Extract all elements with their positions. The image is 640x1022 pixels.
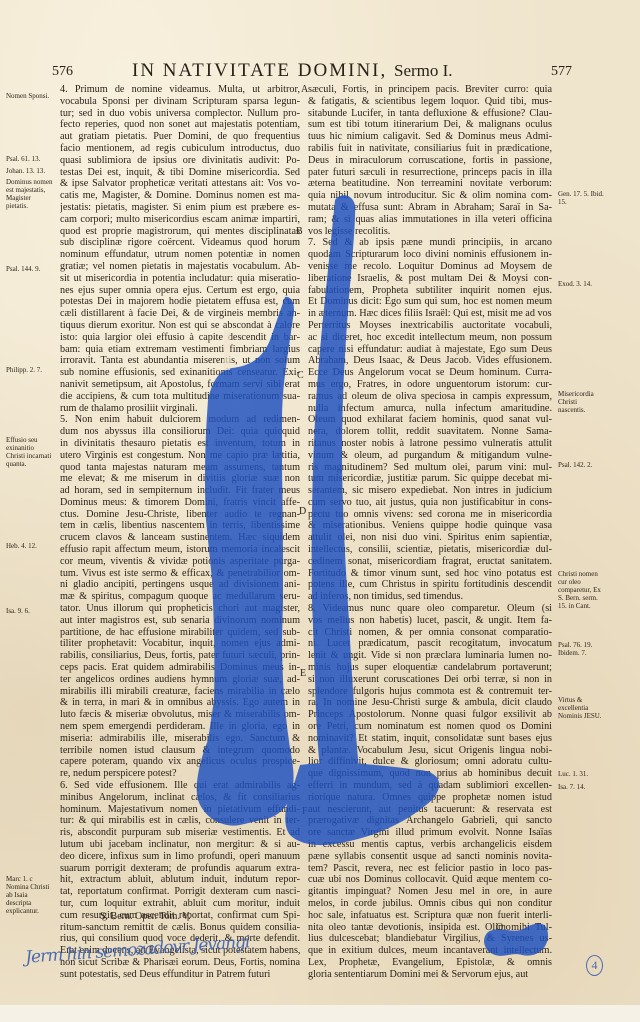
text-line: cæli distillarent à facie Dei, & de virg… [60, 308, 300, 320]
text-line: gloria sententiarum Domini mei & Servoru… [308, 969, 552, 981]
margin-note: Virtus & excellentia Nominis JESU. [558, 696, 606, 720]
text-line: nera, dolorem tollit, reddit suavitatem.… [308, 426, 552, 438]
text-line: in æternum. Hæc dices filiis Israël: Qui… [308, 308, 552, 320]
text-line: sum est tibi totum itinerarium Dei, & ma… [308, 119, 552, 131]
text-line: me elevat; & me miserum in divitiis glor… [60, 473, 300, 485]
text-line: ni. Lucet prædicatum, pascit recogitatum… [308, 638, 552, 650]
running-header: 576 IN NATIVITATE DOMINI, Sermo I. 577 [52, 60, 572, 82]
text-line: ra. In nomine Jesu-Christi surge & ambul… [308, 697, 552, 709]
text-line: sub disciplinæ rigore coërcent. Videamus… [60, 237, 300, 249]
text-line: & fatigatis, & scientibus legem loquor. … [308, 96, 552, 108]
text-line: nominum effundatur, utrum nomen potentiæ… [60, 249, 300, 261]
text-line: Deus in miraculorum corruscatione, forti… [308, 155, 552, 167]
text-line: hit, extractum abluit, ablutum induit, i… [60, 874, 300, 886]
text-line: que in exitium dulces, meum incantaveran… [308, 945, 552, 957]
text-line: mæ & spiritus, compagum quoque ac medull… [60, 591, 300, 603]
text-line: capere poteram, quando vix angelicus ocu… [60, 756, 300, 768]
text-line: prærogativæ dignitas Archangelo Gabrieli… [308, 815, 552, 827]
text-line: ter angelicos ordines audiens hymnum glo… [60, 674, 300, 686]
text-line: ramus ad oleum de oliva speciosa in camp… [308, 391, 552, 403]
margin-note: Psal. 144. 9. [6, 265, 54, 273]
text-line: cuæ ubi nos Dominus collocavit. Quid æqu… [308, 874, 552, 886]
text-line: bam: quia etiam extremam vestimenti fimb… [60, 344, 300, 356]
margin-note: Misericordia Christi nascentis. [558, 390, 606, 414]
text-line: aut gratiam pietatis. Puer Domini, de qu… [60, 131, 300, 143]
running-title: IN NATIVITATE DOMINI, Sermo I. [132, 60, 453, 82]
margin-note: Psal. 76. 19. Ibidem. 7. [558, 641, 606, 657]
text-line: lius dulcescebat; blandiebatur Virgilius… [308, 933, 552, 945]
text-line: ceps pacis. Erat quidem admirabilis Domi… [60, 662, 300, 674]
section-letter: A [301, 84, 308, 95]
text-line: tuus hic nimium caligavit. Sed & Dominus… [308, 131, 552, 143]
text-line: pater futuri sæculi in resurrectione, pr… [308, 167, 552, 179]
text-line: in excessu mentis captus, verbis archang… [308, 839, 552, 851]
text-line: cam corpori; multo misericordius escam a… [60, 214, 300, 226]
margin-note: Marc 1. c Nomina Christi ab Isaia descri… [6, 875, 54, 915]
text-line: cedinem sonat, misericordiam fragrat, er… [308, 556, 552, 568]
text-line: venisse me recolo. Loquitur Dominus ad M… [308, 261, 552, 273]
text-line: rabilis, consiliarius, Deus, fortis, pat… [60, 650, 300, 662]
text-line: nes ejus super omnia opera ejus. Certum … [60, 285, 300, 297]
text-line: hominum. Majestativum nomen in pietativu… [60, 804, 300, 816]
text-line: Lex, Prophetæ, Evangelium, Epistolæ, & o… [308, 957, 552, 969]
margin-note: Psal. 142. 2. [558, 461, 606, 469]
text-line: testas Dei est, inquit, & tibi Domine mi… [60, 167, 300, 179]
margin-note: Nomen Sponsi. [6, 92, 54, 100]
text-line: melos, in corde jubilus. Omnis cibus qui… [308, 898, 552, 910]
text-line: ctus. Domine Jesu-Christe, libenter audi… [60, 509, 300, 521]
text-line: nem spem emergendi perdideram. Ille in g… [60, 721, 300, 733]
text-line: mus ergo, Fratres, in odore unguentorum … [308, 379, 552, 391]
catchword: O o [496, 922, 511, 933]
text-line: ram; & si quas alias immutationes in ill… [308, 214, 552, 226]
text-line: tem in cælis, libentius nascentem in ter… [60, 520, 300, 532]
text-line: 7. Sed & ab ipsis pæne mundi principiis,… [308, 237, 552, 249]
text-line: ac si diceret, hoc excedit intellectum m… [308, 332, 552, 344]
text-line: nominavit? Et statim, inquit, consolidat… [308, 733, 552, 745]
text-line: ritum-sanctum remittit de cælis. Bonus q… [60, 922, 300, 934]
text-line: Et Dominus dicit: Ego sum qui sum, hoc e… [308, 296, 552, 308]
text-line: si non illuxerunt coruscationes Dei orbi… [308, 674, 552, 686]
text-line: liberatione Israelis, & post multam Dei … [308, 273, 552, 285]
text-line: ni gladio ancipiti, pertingens usque ad … [60, 579, 300, 591]
text-line: jestatis: pietatis, magister. Si enim pi… [60, 202, 300, 214]
text-line: sub nomine effusionis, sed exinanitionis… [60, 367, 300, 379]
text-line: tum misericordiæ, justitiæ parum. Sic qu… [308, 473, 552, 485]
text-line: pectu tuo omnis vivens: sed corona me in… [308, 509, 552, 521]
margin-note: Effusio seu exinanitio Christi incarnati… [6, 436, 54, 468]
text-line: & miserationibus. Veniens quippe hodie q… [308, 520, 552, 532]
text-line: pæne syllabis consentit usque ad sancti … [308, 851, 552, 863]
text-line: intellectus, consilii, scientiæ, pietati… [308, 544, 552, 556]
text-line: sit ut misericordia in potentia includat… [60, 273, 300, 285]
text-line: fabulationem, Propheta subtiliter inquir… [308, 285, 552, 297]
text-line: Dominus meus: & timorem Domini, fratris … [60, 497, 300, 509]
margin-note: Psal. 61. 13. [6, 155, 54, 163]
text-line: fecto reperies, quod non sonet aut majes… [60, 119, 300, 131]
section-letter: B [296, 226, 303, 237]
left-text-column: 4. Primum de nomine videamus. Multa, ut … [60, 84, 300, 981]
text-line: rum de thalamo prosiliit virginali. [60, 403, 300, 415]
text-line: attulit olei, non nisi duo vini. Spiritu… [308, 532, 552, 544]
text-line: facio mentionem, ad regis cubiculum intr… [60, 143, 300, 155]
text-line: vos melius non habetis) lucet, pascit, &… [308, 615, 552, 627]
text-line: splendore fulgoris hujus commota est & c… [308, 686, 552, 698]
text-line: tur, cum loquitur extrahit, abluit cum m… [60, 898, 300, 910]
text-line: miseria: admirabilis ille, miserabilis e… [60, 733, 300, 745]
text-line: riorique natura. Omnes quippe prophetæ n… [308, 792, 552, 804]
text-line: sitabunde Lucifer, in tanta defluxione &… [308, 108, 552, 120]
margin-note: Dominus nomen est majestatis, Magister p… [6, 178, 54, 210]
text-line: utero Virginis est congestum. Non me cap… [60, 450, 300, 462]
margin-note: Isa. 9. 6. [6, 607, 54, 615]
margin-note: Gen. 17. 5. Ibid. 15. [558, 190, 606, 206]
text-line: efferri in mundum, sed à quadam sublimio… [308, 780, 552, 792]
text-line: quod est proprie magistrorum, qui mentes… [60, 226, 300, 238]
section-letter: D [299, 506, 306, 517]
text-line: terribile nomen istud clausum & integrum… [60, 745, 300, 757]
sermo-label: Sermo I. [394, 61, 453, 80]
text-line: 4. Primum de nomine videamus. Multa, ut … [60, 84, 300, 96]
text-line: tem? Pascit, revera, nec est felicior pa… [308, 863, 552, 875]
section-letter: E [300, 668, 306, 679]
text-line: minis hujus super eloquentiæ candelabrum… [308, 662, 552, 674]
margin-note: Isa. 7. 14. [558, 783, 606, 791]
text-line: tiquus dierum exoritur. Non est qui se a… [60, 320, 300, 332]
text-line: irroravit. Tanta est abundantia miserent… [60, 355, 300, 367]
text-line: sunt potestatis, sed Deus effunditur in … [60, 969, 300, 981]
text-line: Abraham, Deus Isaac, & Deus Jacob. Vides… [308, 355, 552, 367]
margin-note: Philipp. 2. 7. [6, 366, 54, 374]
text-line: ris, abscondit purpuram sub miseriæ vest… [60, 827, 300, 839]
text-line: gratiæ; vel nomen pietatis in majestatis… [60, 261, 300, 273]
text-line: & in terra, in mari & in omnibus abyssis… [60, 697, 300, 709]
text-line: potens ille, cum Christus in spiritu for… [308, 579, 552, 591]
text-line: tur; sed in duo vobis universa complecto… [60, 108, 300, 120]
section-letter: F [302, 806, 308, 817]
text-line: 6. Sed vide effusionem. Ille qui erat ad… [60, 780, 300, 792]
circled-page-number: 4 [586, 955, 603, 976]
text-line: ris magnitudinem? Sed multum olei, parum… [308, 462, 552, 474]
text-line: vinum & oleum, ad purgandum & mitigandum… [308, 450, 552, 462]
text-line: cit Christi nomen, & per omnia consonat … [308, 627, 552, 639]
text-line: effusio rapit affectum meum, istorum mem… [60, 544, 300, 556]
text-line: catis me, Magister, & Domine. Dominus no… [60, 190, 300, 202]
text-line: aut inter magistros est, sub senaria div… [60, 615, 300, 627]
text-line: serantem, sic misero expediebat. Non int… [308, 485, 552, 497]
signature-mark: S. Bern. Oper. Tom. V. [100, 911, 191, 922]
text-line: re, nedum perspicere potest? [60, 768, 300, 780]
text-line: aut nescierunt, aut penitus tacuerunt: &… [308, 804, 552, 816]
text-line: die accipiens, & cum tota multitudine mi… [60, 391, 300, 403]
title-text: IN NATIVITATE DOMINI, [132, 60, 387, 81]
text-line: tur: & qui mirabilis est in cælis, consu… [60, 815, 300, 827]
text-line: mutata & effusa sunt: Abram in Abraham; … [308, 202, 552, 214]
text-line: ore sanctæ Virgini illud primum evolvit.… [308, 827, 552, 839]
margin-note: Exod. 3. 14. [558, 280, 606, 288]
text-line: quod tanta majestas naturam meam assumen… [60, 462, 300, 474]
text-line: isto: quia largior olei effusio à capite… [60, 332, 300, 344]
text-line: æterna beatitudine. Non terreamini novit… [308, 178, 552, 190]
text-line: Oleum quod exhilarat faciem hominis, quo… [308, 414, 552, 426]
text-line: minibus Angelorum, inclinat cælos, & fit… [60, 792, 300, 804]
text-line: cum servo tuo, ait justus, quia non just… [308, 497, 552, 509]
text-line: nulla infectum amurca, nulla infectum am… [308, 403, 552, 415]
text-line: nita oleo tantæ devotionis, insipida est… [308, 922, 552, 934]
text-line: vos legisse recolitis. [308, 226, 552, 238]
text-line: rabilis fuit in nativitate, consiliarius… [308, 143, 552, 155]
margin-note: Luc. 1. 31. [558, 770, 606, 778]
text-line: capere nisi effundatur: audiat à majesta… [308, 344, 552, 356]
text-line: Princeps Apostolorum. Nonne quasi fulgor… [308, 709, 552, 721]
text-line: que dignissimum, quod non prius ab homin… [308, 768, 552, 780]
text-line: & plantæ. Vocabulum Jesu, sicut Origenis… [308, 745, 552, 757]
margin-note: Christi nomen cur oleo comparetur, Ex S.… [558, 570, 606, 610]
text-line: quodam Scripturarum loco divini nominis … [308, 249, 552, 261]
text-line: dum nos abyssus illa consiliorum Dei: qu… [60, 426, 300, 438]
text-line: vocabula Sponsi per divinam Scripturam s… [60, 96, 300, 108]
text-line: Ecce Deus Angelorum vocat se Deum hominu… [308, 367, 552, 379]
text-line: ore Petri, cum nominatum est nomen quod … [308, 721, 552, 733]
text-line: quasi sublimiora de ipsius ore divinitat… [60, 155, 300, 167]
text-line: partitione, de hac effusione mirabiliter… [60, 627, 300, 639]
text-line: nanivit semetipsum, ait Apostolus, forma… [60, 379, 300, 391]
text-line: crucem clavos & lanceam sustinentem. Hæc… [60, 532, 300, 544]
text-line: deo dicere, infixus sum in limo profundi… [60, 851, 300, 863]
section-letter: C [297, 370, 304, 381]
text-line: lutum ubi jacebam inclinatur, non mergit… [60, 839, 300, 851]
text-line: cor meum, viventis & vividæ potionis asp… [60, 556, 300, 568]
text-line: in divinitatis thesauro pietatis est inv… [60, 438, 300, 450]
text-line: ritanus noster nobis à latrone pessimo v… [308, 438, 552, 450]
right-text-column: sæculi, Fortis, in principem pacis. Brev… [308, 84, 552, 981]
text-line: luto fæcis & miseriæ obvolutus, miser & … [60, 709, 300, 721]
text-line: lior diffinivit, dulce & gloriosum; omni… [308, 756, 552, 768]
text-line: sæculi, Fortis, in principem pacis. Brev… [308, 84, 552, 96]
text-line: tat, reportatum confirmat. Porrigit dext… [60, 886, 300, 898]
text-line: tum. Vivus est iste sermo & efficax, & p… [60, 568, 300, 580]
margin-note: Johan. 13. 13. [6, 167, 54, 175]
text-line: & ipse Salvator propheticæ veritati atte… [60, 178, 300, 190]
text-line: ad inferos, non timidus, sed timendus. [308, 591, 552, 603]
margin-note: Heb. 4. 12. [6, 542, 54, 550]
text-line: potestas Dei in majorem hodie pietatem e… [60, 296, 300, 308]
text-line: Perterritus Moyses inextricabilis auctor… [308, 320, 552, 332]
text-line: gitantis impinguat? Nomen Jesu mel in or… [308, 886, 552, 898]
text-line: suarum porrigit dexteram; de profundis a… [60, 863, 300, 875]
page-number-right: 577 [551, 64, 572, 80]
text-line: quia nihil novum introducitur. Sic & oli… [308, 190, 552, 202]
text-line: tiliter prophetavit: Vocabitur, inquit, … [60, 638, 300, 650]
text-line: tator. Unus illorum qui propheticis chor… [60, 603, 300, 615]
text-line: ad horam, sed in sempiternum includit. F… [60, 485, 300, 497]
page-background-strip [0, 1005, 640, 1022]
text-line: 8. Videamus nunc quare oleo comparetur. … [308, 603, 552, 615]
text-line: mirabilis illi mirabili creaturæ, facien… [60, 686, 300, 698]
text-line: Fortitudo & timor vinum sunt, sed hoc vi… [308, 568, 552, 580]
text-line: 5. Non enim habuit dulciorem modum ad re… [60, 414, 300, 426]
text-line: hoc sale, infatuatus est. Scriptura quæ … [308, 910, 552, 922]
text-line: lenit & ungit. Vide si non præclara lumi… [308, 650, 552, 662]
page-number-left: 576 [52, 64, 73, 80]
